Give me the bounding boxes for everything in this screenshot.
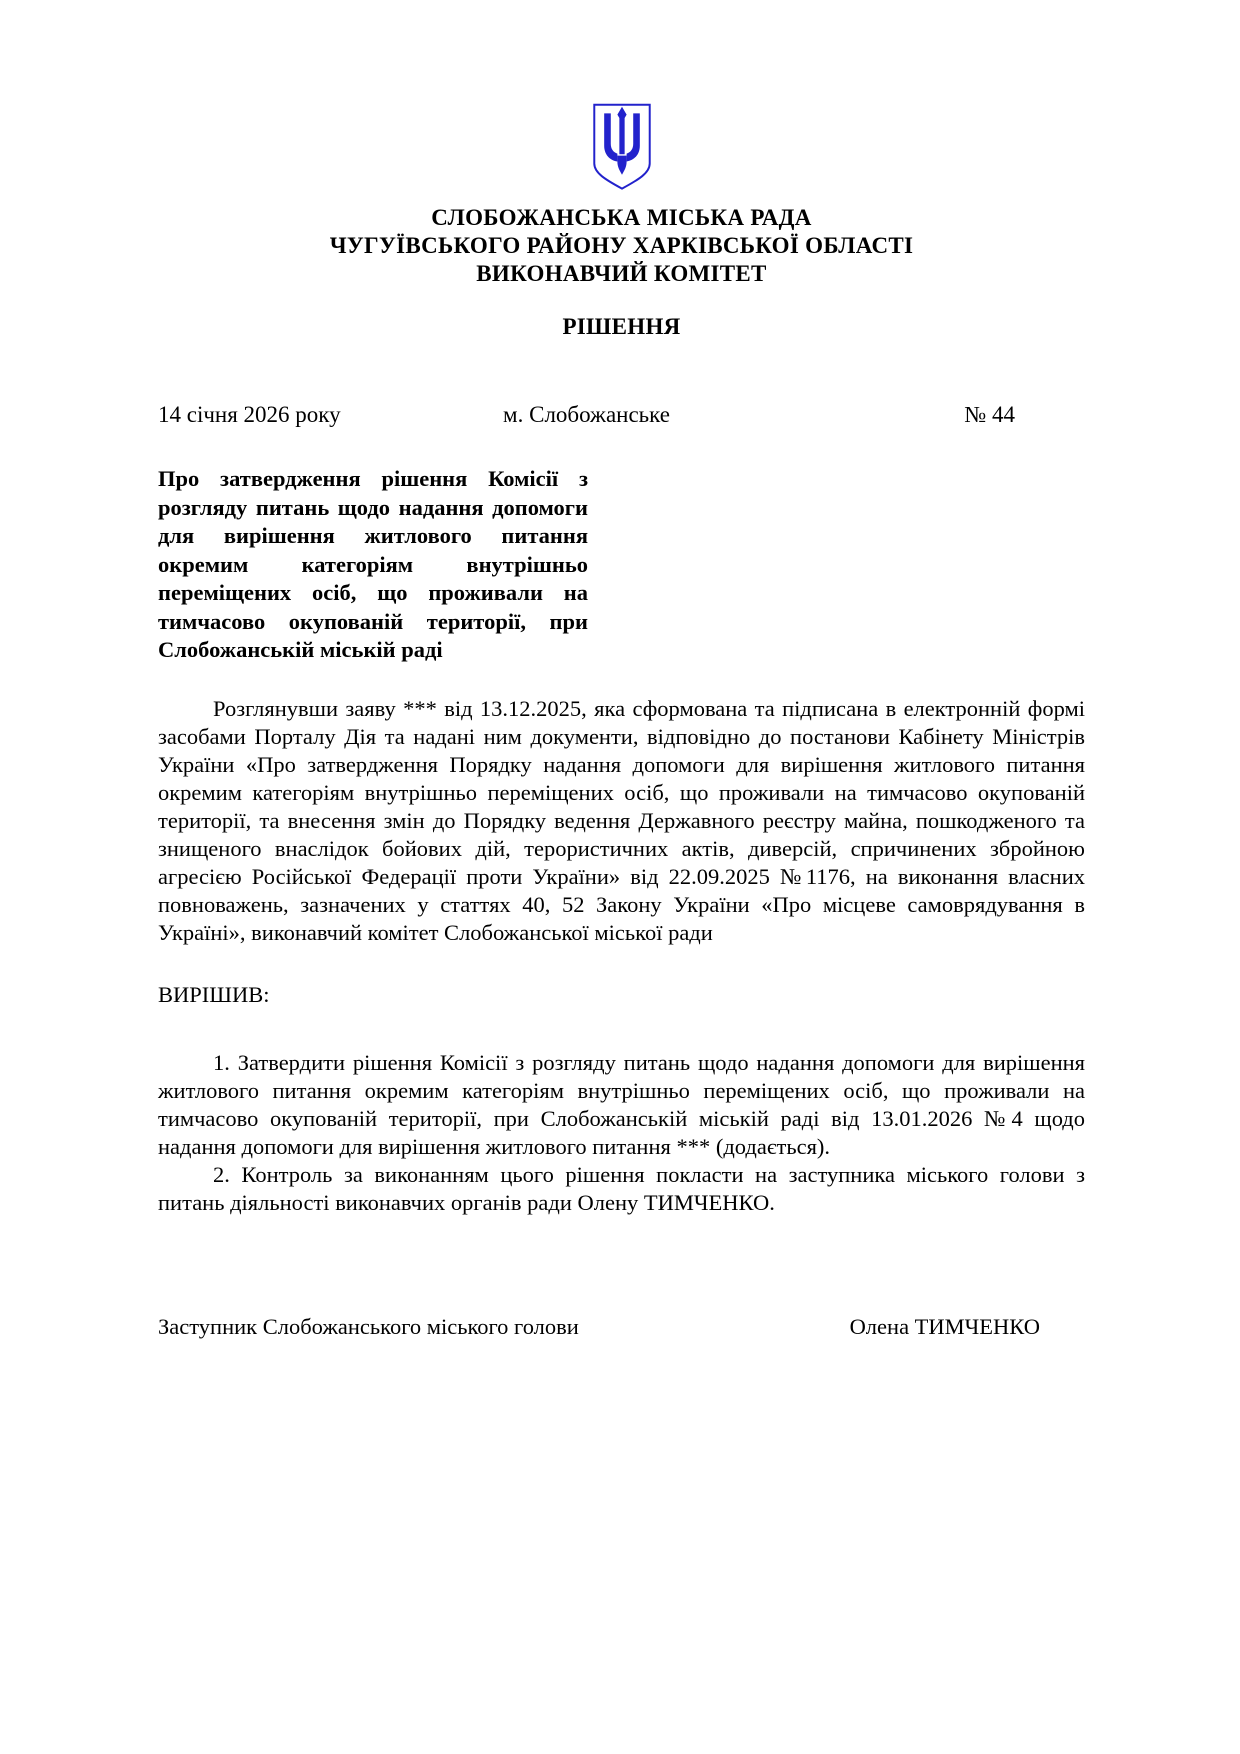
signature-row: Заступник Слобожанського міського голови… [158,1313,1085,1341]
org-name-line: СЛОБОЖАНСЬКА МІСЬКА РАДА [158,204,1085,232]
document-number: № 44 [729,401,1085,429]
document-subject: Про затвердження рішення Комісії з розгл… [158,465,588,665]
org-district-line: ЧУГУЇВСЬКОГО РАЙОНУ ХАРКІВСЬКОЇ ОБЛАСТІ [158,232,1085,260]
document-meta-row: 14 січня 2026 року м. Слобожанське № 44 [158,401,1085,429]
trident-base [617,156,626,175]
trident-left-prong [604,113,617,161]
document-date: 14 січня 2026 року [158,401,444,429]
resolution-item-2: 2. Контроль за виконанням цього рішення … [158,1161,1085,1217]
trident-right-prong [626,113,639,161]
signatory-name: Олена ТИМЧЕНКО [850,1313,1085,1341]
organization-header: СЛОБОЖАНСЬКА МІСЬКА РАДА ЧУГУЇВСЬКОГО РА… [158,204,1085,288]
resolution-item-1: 1. Затвердити рішення Комісії з розгляду… [158,1049,1085,1161]
document-page: СЛОБОЖАНСЬКА МІСЬКА РАДА ЧУГУЇВСЬКОГО РА… [0,0,1240,1754]
resolution-items: 1. Затвердити рішення Комісії з розгляду… [158,1049,1085,1217]
resolved-label: ВИРІШИВ: [158,981,1085,1009]
document-place: м. Слобожанське [444,401,730,429]
preamble-paragraph: Розглянувши заяву *** від 13.12.2025, як… [158,695,1085,947]
trident-center-prong [617,107,626,155]
org-committee-line: ВИКОНАВЧИЙ КОМІТЕТ [158,260,1085,288]
coat-of-arms [158,100,1085,198]
tryzub-icon [589,100,655,196]
document-type-title: РІШЕННЯ [158,313,1085,341]
signatory-position: Заступник Слобожанського міського голови [158,1313,579,1341]
